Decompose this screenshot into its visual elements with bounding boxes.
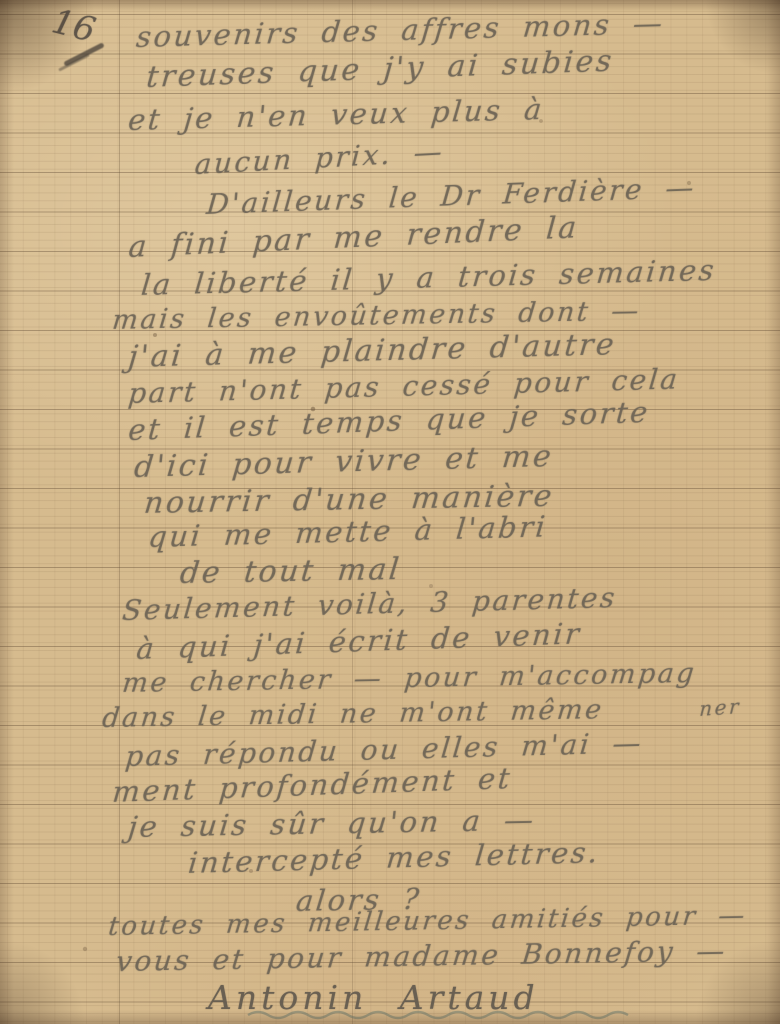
handwriting-line: vous et pour madame Bonnefoy — xyxy=(115,934,729,978)
margin-rule xyxy=(119,0,120,1024)
page-number: 16 xyxy=(48,1,100,50)
handwriting-line: aucun prix. — xyxy=(194,135,446,181)
handwriting-line: d'ici pour vivre et me xyxy=(133,439,555,485)
handwriting-line: dans le midi ne m'ont même xyxy=(101,694,606,734)
handwriting-line: me chercher — pour m'accompag xyxy=(121,658,698,699)
handwriting-insert-word: ner xyxy=(699,694,742,721)
handwriting-line: a fini par me rendre la xyxy=(127,210,580,265)
signature: Antonin Artaud xyxy=(208,978,539,1017)
handwriting-line: de tout mal xyxy=(178,552,403,591)
paper-specks xyxy=(0,0,2,2)
handwriting-line: et je n'en veux plus à xyxy=(127,92,546,137)
handwriting-line: D'ailleurs le Dr Ferdière — xyxy=(205,171,697,221)
handwriting-line: intercepté mes lettres. xyxy=(187,835,602,880)
manuscript-page: 16 souvenirs des affres mons — treuses q… xyxy=(0,0,780,1024)
